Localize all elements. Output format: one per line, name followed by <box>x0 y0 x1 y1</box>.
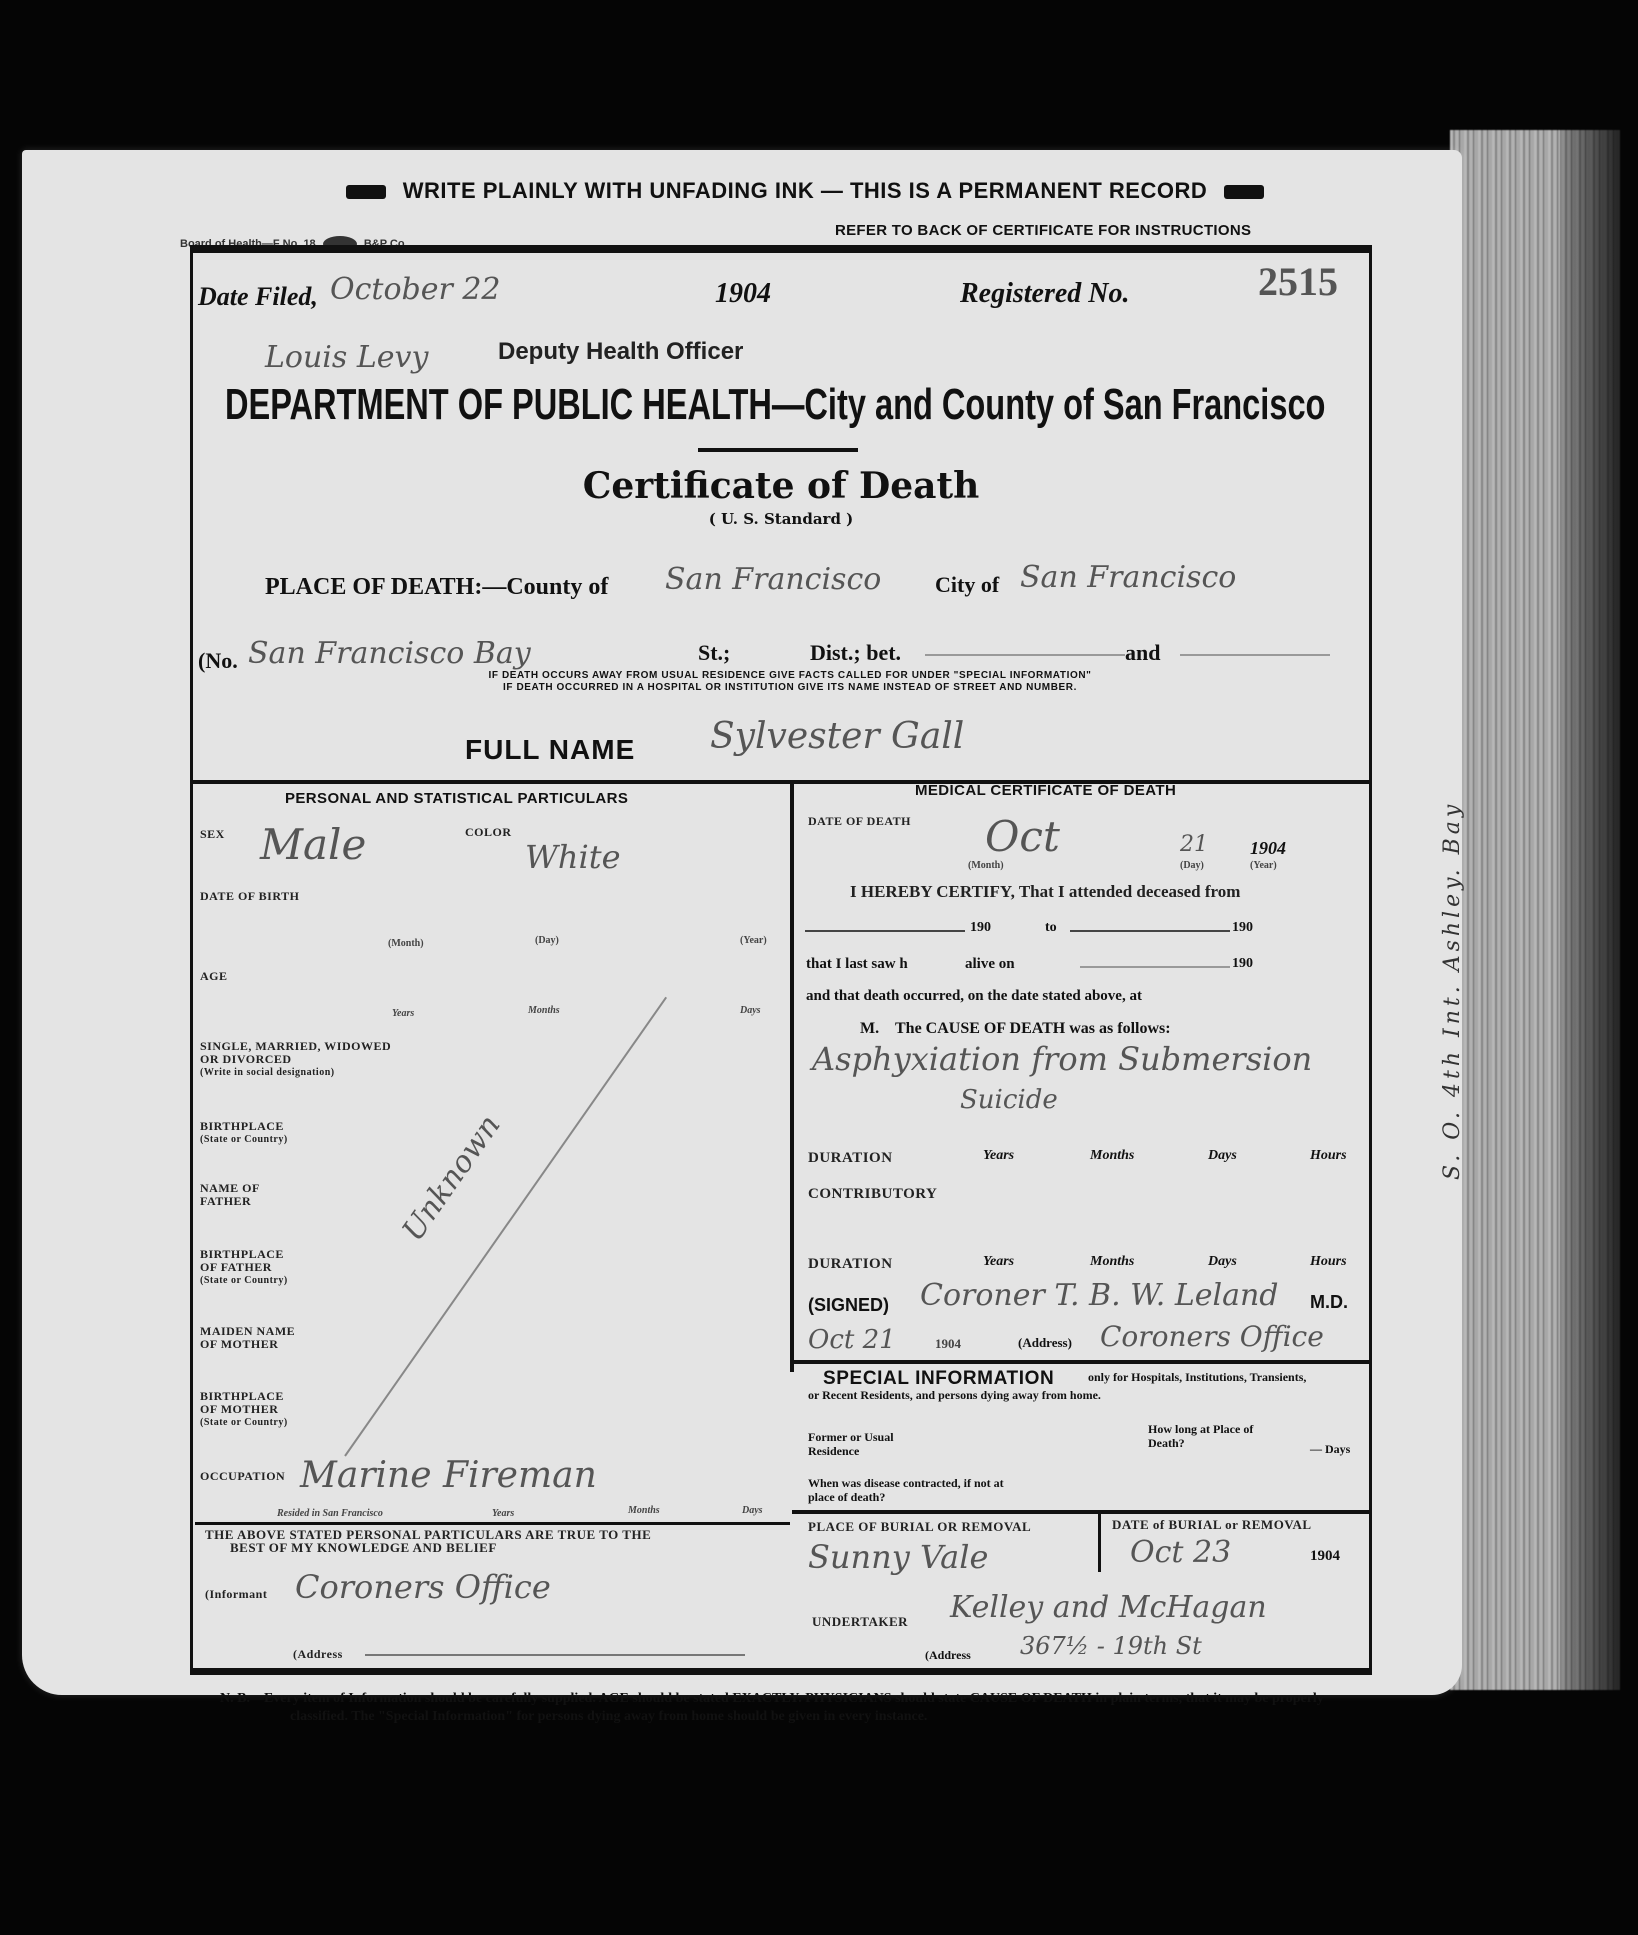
burial-year-value: 1904 <box>1310 1548 1340 1565</box>
footer-note: N. B.—Every item of Information should b… <box>220 1690 1380 1726</box>
marital-label: SINGLE, MARRIED, WIDOWED OR DIVORCED (Wr… <box>200 1040 400 1079</box>
medical-heading: MEDICAL CERTIFICATE OF DEATH <box>915 782 1176 799</box>
district-label: Dist.; bet. <box>810 640 901 666</box>
mother-name-label: MAIDEN NAME OF MOTHER <box>200 1325 310 1351</box>
place-of-death-note: IF DEATH OCCURS AWAY FROM USUAL RESIDENC… <box>340 670 1240 694</box>
department-title: DEPARTMENT OF PUBLIC HEALTH—City and Cou… <box>225 380 1069 430</box>
undertaker-value: Kelley and McHagan <box>950 1590 1267 1625</box>
us-standard: ( U. S. Standard ) <box>190 510 1372 528</box>
refer-instructions: REFER TO BACK OF CERTIFICATE FOR INSTRUC… <box>835 222 1251 239</box>
officer-title: Deputy Health Officer <box>498 338 743 366</box>
city-label: City of <box>935 572 999 598</box>
margin-handwritten-note: S. O. 4th Int. Ashley. Bay <box>1440 760 1480 1180</box>
full-name-value: Sylvester Gall <box>710 716 964 757</box>
date-filed-value: October 22 <box>330 272 501 307</box>
personal-heading: PERSONAL AND STATISTICAL PARTICULARS <box>285 790 628 807</box>
certify-statement: I HEREBY CERTIFY, That I attended deceas… <box>850 882 1240 902</box>
burial-place-value: Sunny Vale <box>808 1538 988 1576</box>
certificate-title: Certificate of Death <box>190 465 1372 507</box>
occupation-label: OCCUPATION <box>200 1470 285 1483</box>
date-of-death-label: DATE OF DEATH <box>808 815 911 828</box>
filed-year: 1904 <box>715 278 771 310</box>
permanent-record-banner: WRITE PLAINLY WITH UNFADING INK — THIS I… <box>240 178 1370 204</box>
special-heading: SPECIAL INFORMATION <box>823 1368 1054 1390</box>
attestation: THE ABOVE STATED PERSONAL PARTICULARS AR… <box>205 1528 785 1554</box>
death-day: 21 <box>1180 832 1208 857</box>
officer-signature: Louis Levy <box>265 340 428 375</box>
former-residence-label: Former or Usual Residence <box>808 1430 908 1458</box>
and-label: and <box>1125 640 1160 666</box>
cause-value: Asphyxiation from Submersion <box>812 1040 1312 1078</box>
informant-label: (Informant <box>205 1588 267 1601</box>
full-name-label: FULL NAME <box>465 734 635 766</box>
informant-address-label: (Address <box>293 1648 343 1661</box>
physician-address: Coroners Office <box>1100 1320 1324 1353</box>
column-divider <box>790 782 794 1372</box>
cause-label: The CAUSE OF DEATH was as follows: <box>895 1020 1171 1038</box>
city-value: San Francisco <box>1020 560 1236 595</box>
dob-label: DATE OF BIRTH <box>200 890 299 903</box>
signed-date: Oct 21 <box>808 1325 896 1355</box>
sex-label: SEX <box>200 828 225 841</box>
registered-label: Registered No. <box>960 278 1130 310</box>
sex-value: Male <box>260 820 366 869</box>
birthplace-label: BIRTHPLACE (State or Country) <box>200 1120 288 1146</box>
burial-date-label: DATE of BURIAL or REMOVAL <box>1112 1518 1312 1531</box>
place-of-death-label: PLACE OF DEATH:—County of <box>265 574 608 601</box>
burial-date-value: Oct 23 <box>1130 1535 1231 1570</box>
undertaker-address: 367½ - 19th St <box>1020 1632 1202 1660</box>
contributory-label: CONTRIBUTORY <box>808 1188 937 1201</box>
pointing-hand-icon <box>346 185 386 199</box>
age-label: AGE <box>200 970 228 983</box>
color-label: COLOR <box>465 826 512 839</box>
informant-value: Coroners Office <box>295 1568 551 1606</box>
book-edge-shadow <box>1560 120 1638 1720</box>
how-long-label: How long at Place of Death? <box>1148 1422 1258 1450</box>
occupation-value: Marine Fireman <box>300 1455 597 1496</box>
street-no-label: (No. <box>198 648 238 674</box>
signed-value: Coroner T. B. W. Leland <box>920 1278 1279 1313</box>
father-birthplace-label: BIRTHPLACE OF FATHER (State or Country) <box>200 1248 300 1287</box>
burial-place-label: PLACE OF BURIAL OR REMOVAL <box>808 1520 1031 1533</box>
section-divider <box>190 780 1372 784</box>
contracted-label: When was disease contracted, if not at p… <box>808 1476 1008 1504</box>
undertaker-label: UNDERTAKER <box>812 1615 908 1628</box>
title-divider <box>698 448 858 452</box>
date-filed-label: Date Filed, <box>198 282 318 312</box>
death-year: 1904 <box>1250 838 1286 859</box>
md-label: M.D. <box>1310 1292 1348 1313</box>
street-label: St.; <box>698 640 730 666</box>
registered-number: 2515 <box>1258 258 1338 305</box>
street-no-value: San Francisco Bay <box>248 636 531 671</box>
mother-birthplace-label: BIRTHPLACE OF MOTHER (State or Country) <box>200 1390 300 1429</box>
county-value: San Francisco <box>665 562 881 597</box>
signed-label: (SIGNED) <box>808 1295 889 1316</box>
cause-value-secondary: Suicide <box>960 1085 1058 1115</box>
father-name-label: NAME OF FATHER <box>200 1182 290 1208</box>
pointing-hand-icon <box>1224 185 1264 199</box>
color-value: White <box>525 838 621 876</box>
death-month: Oct <box>985 812 1060 861</box>
